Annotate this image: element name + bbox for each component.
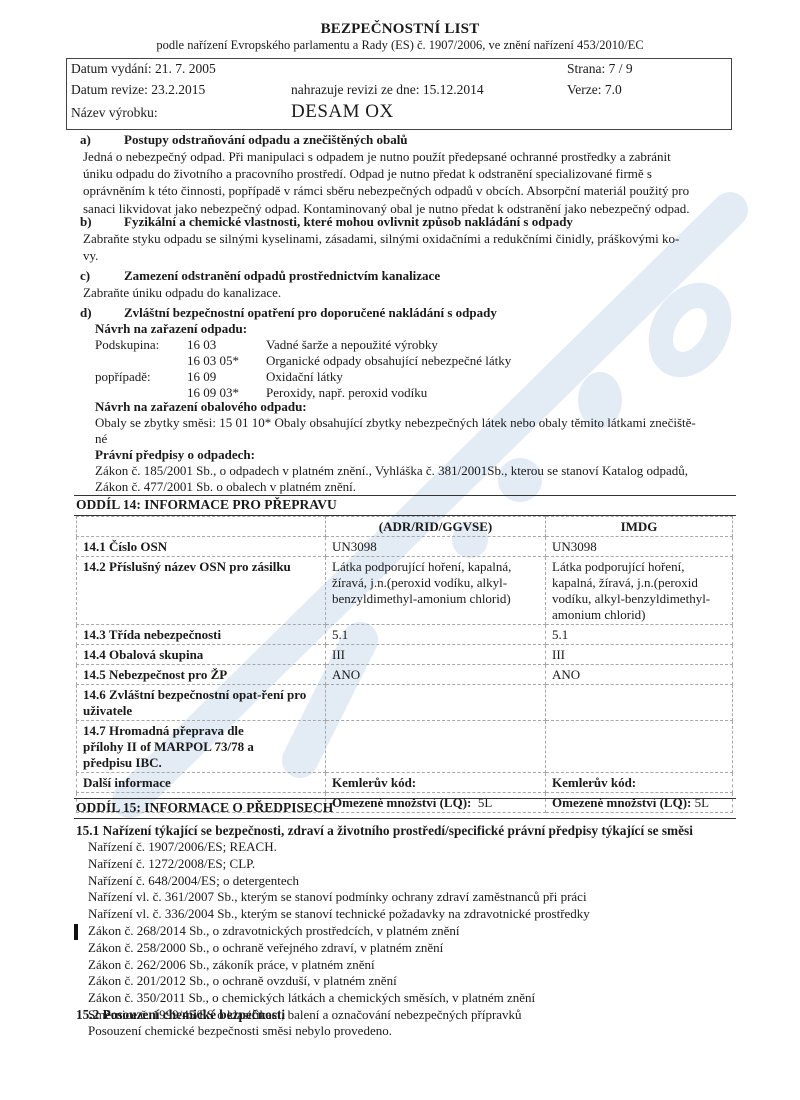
table-row: 14.1 Číslo OSN UN3098 UN3098	[77, 537, 733, 557]
regulation-item: Nařízení č. 648/2004/ES; o detergentech	[88, 873, 299, 889]
waste-row-desc: Vadné šarže a nepoužité výrobky	[266, 337, 438, 353]
document-title: BEZPEČNOSTNÍ LIST	[0, 21, 800, 38]
regulation-item: Nařízení č. 1907/2006/ES; REACH.	[88, 839, 277, 855]
regulation-item: Zákon č. 258/2000 Sb., o ochraně veřejné…	[88, 940, 443, 956]
regulation-item: Nařízení vl. č. 361/2007 Sb., kterým se …	[88, 889, 587, 905]
item-c-letter: c)	[80, 268, 90, 284]
table-row: 14.7 Hromadná přeprava dle přílohy II of…	[77, 721, 733, 773]
waste-row-code: 16 03 05*	[187, 353, 239, 369]
header-box: Datum vydání: 21. 7. 2005 Strana: 7 / 9 …	[66, 58, 732, 130]
item-a-text: Jedná o nebezpečný odpad. Při manipulaci…	[83, 148, 743, 217]
waste-row-desc: Organické odpady obsahující nebezpečné l…	[266, 353, 511, 369]
item-a-heading: Postupy odstraňování odpadu a znečištěný…	[124, 132, 408, 148]
packaging-waste-text: Obaly se zbytky směsi: 15 01 10* Obaly o…	[95, 415, 696, 431]
legal-text: Zákon č. 185/2001 Sb., o odpadech v plat…	[95, 463, 688, 479]
legal-heading: Právní předpisy o odpadech:	[95, 447, 255, 463]
item-d-heading: Zvláštní bezpečnostní opatření pro dopor…	[124, 305, 497, 321]
regulation-item: Zákon č. 262/2006 Sb., zákoník práce, v …	[88, 957, 375, 973]
packaging-waste-text: né	[95, 431, 107, 447]
section-15-1-heading: 15.1 Nařízení týkající se bezpečnosti, z…	[76, 823, 693, 839]
column-adr: (ADR/RID/GGVSE)	[326, 517, 546, 537]
waste-classification-heading: Návrh na zařazení odpadu:	[95, 321, 247, 337]
version: Verze: 7.0	[567, 82, 622, 98]
section-15-2-text: Posouzení chemické bezpečnosti směsi neb…	[88, 1023, 392, 1039]
regulation-item: Nařízení č. 1272/2008/ES; CLP.	[88, 856, 255, 872]
section-15-2-heading: 15.2 Posouzení chemické bezpečnosti	[76, 1007, 285, 1023]
transport-table: (ADR/RID/GGVSE) IMDG 14.1 Číslo OSN UN30…	[76, 516, 733, 813]
product-name: DESAM OX	[291, 101, 394, 123]
document-subtitle: podle nařízení Evropského parlamentu a R…	[0, 38, 800, 53]
waste-row-label: popřípadě:	[95, 369, 151, 385]
table-row: Další informace Kemlerův kód: Kemlerův k…	[77, 773, 733, 793]
table-row: 14.6 Zvláštní bezpečnostní opat-ření pro…	[77, 685, 733, 721]
table-row: 14.3 Třída nebezpečnosti 5.1 5.1	[77, 625, 733, 645]
regulation-item: Zákon č. 268/2014 Sb., o zdravotnických …	[88, 923, 459, 939]
page-number: Strana: 7 / 9	[567, 61, 633, 77]
regulation-item: Zákon č. 201/2012 Sb., o ochraně ovzduší…	[88, 973, 397, 989]
section-14-heading: ODDÍL 14: INFORMACE PRO PŘEPRAVU	[74, 495, 736, 516]
table-row: 14.2 Příslušný název OSN pro zásilku Lát…	[77, 557, 733, 625]
table-row: 14.5 Nebezpečnost pro ŽP ANO ANO	[77, 665, 733, 685]
replaces-revision: nahrazuje revizi ze dne: 15.12.2014	[291, 82, 484, 98]
issue-date: Datum vydání: 21. 7. 2005	[71, 61, 216, 77]
item-b-letter: b)	[80, 214, 92, 230]
column-imdg: IMDG	[546, 517, 733, 537]
regulation-item: Nařízení vl. č. 336/2004 Sb., kterým se …	[88, 906, 590, 922]
legal-text: Zákon č. 477/2001 Sb. o obalech v platné…	[95, 479, 356, 495]
product-label: Název výrobku:	[71, 105, 158, 121]
waste-row-code: 16 09	[187, 369, 216, 385]
table-header-row: (ADR/RID/GGVSE) IMDG	[77, 517, 733, 537]
item-d-letter: d)	[80, 305, 92, 321]
item-c-text: Zabraňte úniku odpadu do kanalizace.	[83, 284, 743, 301]
waste-row-desc: Oxidační látky	[266, 369, 343, 385]
item-c-heading: Zamezení odstranění odpadů prostřednictv…	[124, 268, 440, 284]
regulation-item: Zákon č. 350/2011 Sb., o chemických látk…	[88, 990, 535, 1006]
revision-date: Datum revize: 23.2.2015	[71, 82, 205, 98]
item-b-heading: Fyzikální a chemické vlastnosti, které m…	[124, 214, 573, 230]
waste-row-code: 16 03	[187, 337, 216, 353]
waste-row-label: Podskupina:	[95, 337, 159, 353]
section-15-heading: ODDÍL 15: INFORMACE O PŘEDPISECH	[74, 798, 736, 819]
table-row: 14.4 Obalová skupina III III	[77, 645, 733, 665]
change-marker	[74, 924, 78, 940]
item-b-text: Zabraňte styku odpadu se silnými kyselin…	[83, 230, 743, 264]
item-a-letter: a)	[80, 132, 91, 148]
packaging-waste-heading: Návrh na zařazení obalového odpadu:	[95, 399, 307, 415]
